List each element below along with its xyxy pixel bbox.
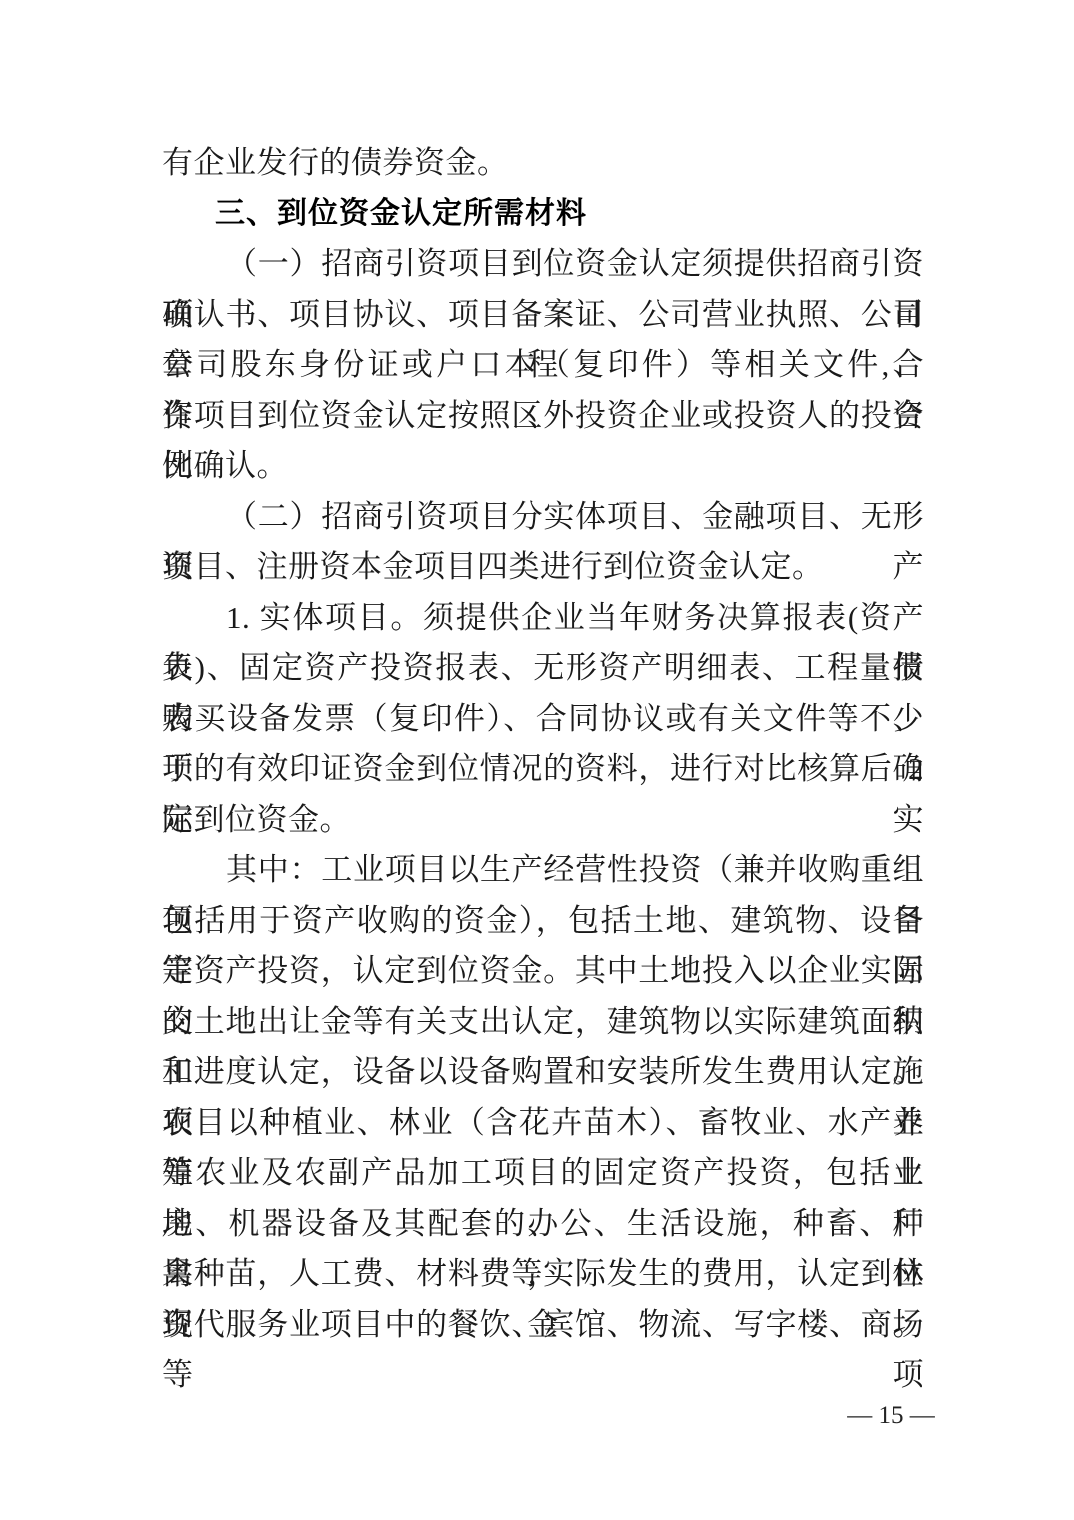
text-line: 工进度认定，设备以设备购置和安装所发生费用认定。农业 <box>162 1047 924 1098</box>
text-line: 例确认。 <box>162 441 924 492</box>
text-line: 其中：工业项目以生产经营性投资（兼并收购重组项目 <box>162 845 924 896</box>
text-line: 定资产投资，认定到位资金。其中土地投入以企业实际交纳 <box>162 946 924 997</box>
text-line: 的土地出让金等有关支出认定，建筑物以实际建筑面积和施 <box>162 997 924 1048</box>
text-line: 公司股东身份证或户口本（复印件）等相关文件,合资、合 <box>162 340 924 391</box>
text-line: 房、机器设备及其配套的办公、生活设施，种畜、种禽，林 <box>162 1199 924 1250</box>
text-line: 作项目到位资金认定按照区外投资企业或投资人的投资比 <box>162 391 924 442</box>
text-line: 现代服务业项目中的餐饮、宾馆、物流、写字楼、商场等项 <box>162 1300 924 1351</box>
document-page: 有企业发行的债券资金。 三、到位资金认定所需材料 （一）招商引资项目到位资金认定… <box>0 0 1074 1520</box>
section-heading: 三、到位资金认定所需材料 <box>162 189 924 240</box>
text-line: 项目、注册资本金项目四类进行到位资金认定。 <box>162 542 924 593</box>
text-line: 购买设备发票（复印件）、合同协议或有关文件等不少于 2 <box>162 694 924 745</box>
document-body: 有企业发行的债券资金。 三、到位资金认定所需材料 （一）招商引资项目到位资金认定… <box>162 138 924 1350</box>
text-line: 果种苗，人工费、材料费等实际发生的费用，认定到位资金。 <box>162 1249 924 1300</box>
text-line: 有企业发行的债券资金。 <box>162 138 924 189</box>
text-line: 表)、固定资产投资报表、无形资产明细表、工程量报表、 <box>162 643 924 694</box>
text-line: 项的有效印证资金到位情况的资料，进行对比核算后确定实 <box>162 744 924 795</box>
text-line: 1. 实体项目。须提供企业当年财务决算报表(资产负债 <box>162 593 924 644</box>
text-line: 等农业及农副产品加工项目的固定资产投资，包括土地、厂 <box>162 1148 924 1199</box>
text-line: 项目以种植业、林业（含花卉苗木）、畜牧业、水产养殖业 <box>162 1098 924 1149</box>
page-number: — 15 — <box>846 1402 936 1430</box>
text-line: 确认书、项目协议、项目备案证、公司营业执照、公司章程、 <box>162 290 924 341</box>
text-line: 包括用于资产收购的资金），包括土地、建筑物、设备等固 <box>162 896 924 947</box>
text-line: （一）招商引资项目到位资金认定须提供招商引资项目 <box>162 239 924 290</box>
text-line: （二）招商引资项目分实体项目、金融项目、无形资产 <box>162 492 924 543</box>
